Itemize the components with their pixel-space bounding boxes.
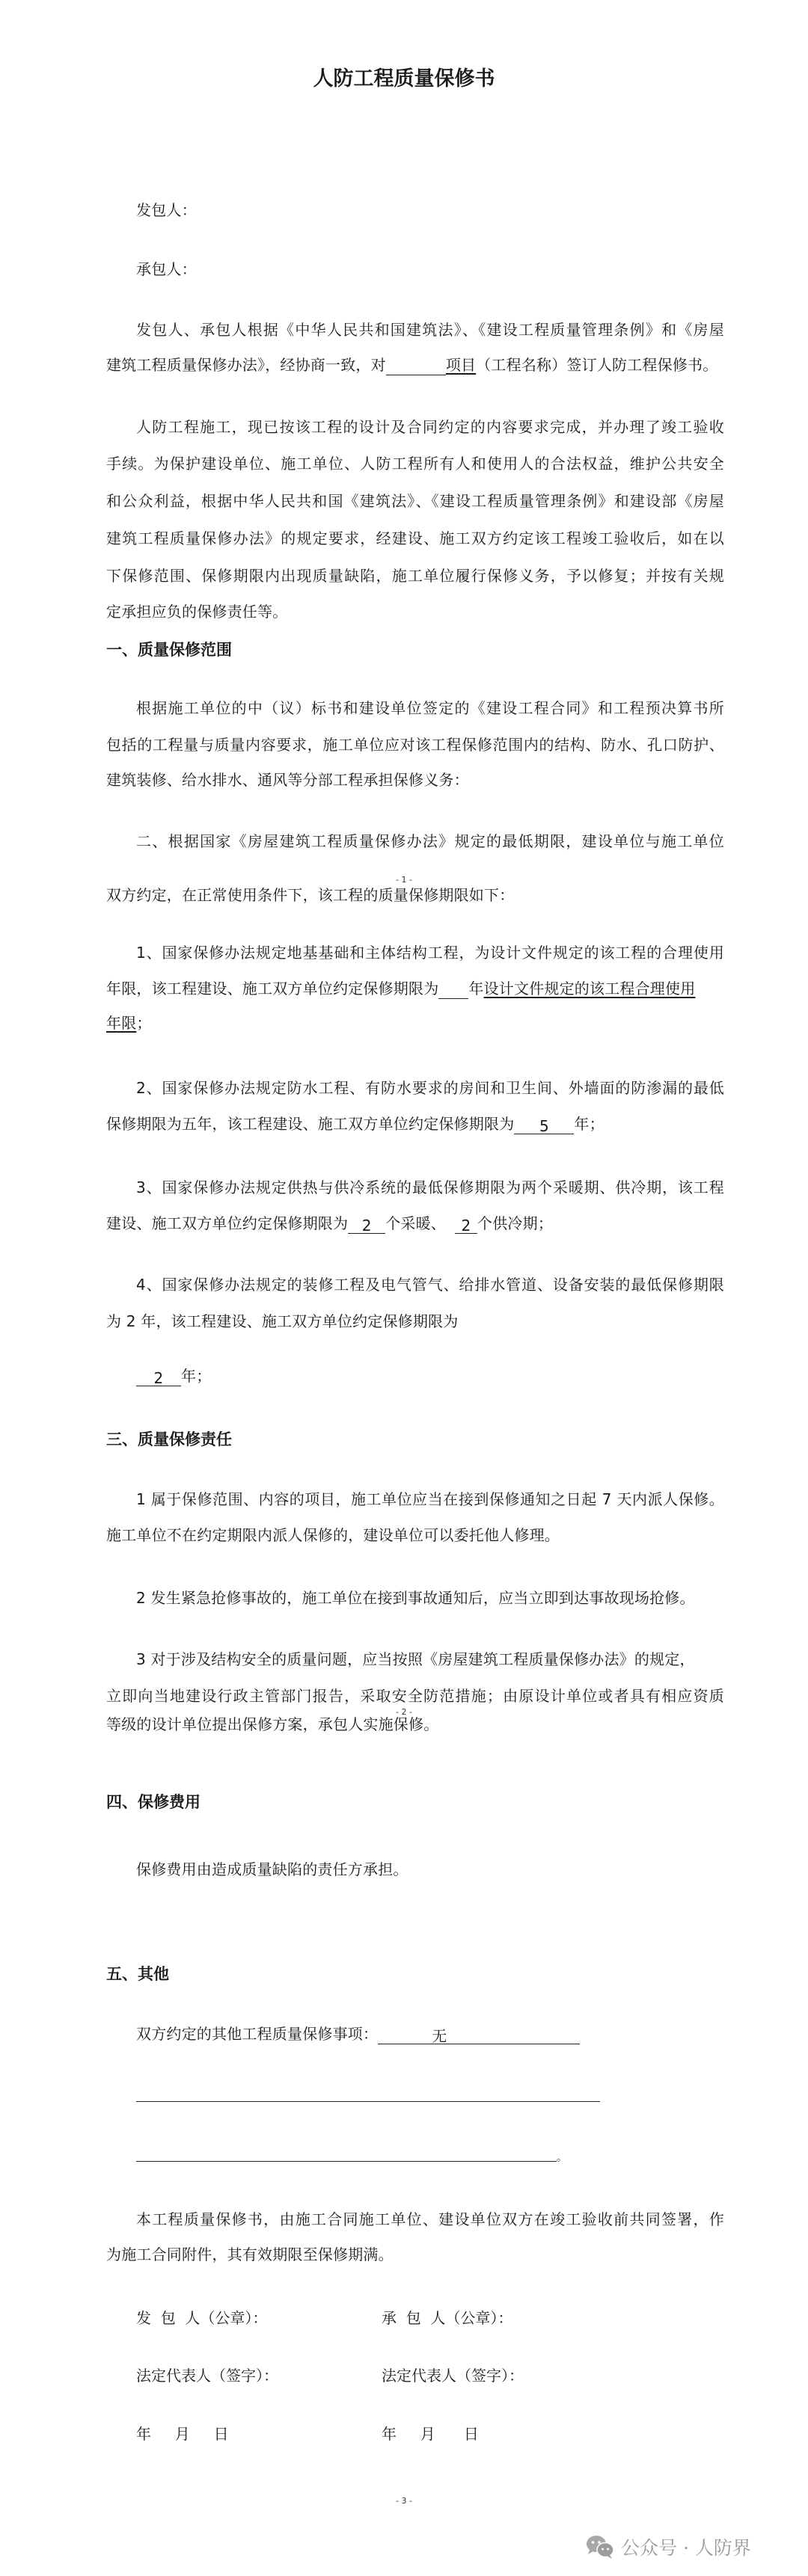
intro-line-2: 建筑工程质量保修办法》，经协商一致，对项目（工程名称）签订人防工程保修书。 [106, 354, 717, 375]
item-3-line-2-post: 个供冷期； [477, 1214, 553, 1232]
section-1-line: 包括的工程量与质量内容要求，施工单位应对该工程保修范围内的结构、防水、孔口防护、 [106, 734, 724, 755]
item-2-line-2-pre: 保修期限为五年，该工程建设、施工双方单位约定保修期限为 [106, 1115, 514, 1133]
intro-line-2-post: （工程名称）签订人防工程保修书。 [476, 356, 717, 374]
employer-date: 年 月 日 [136, 2423, 229, 2444]
watermark: 公众号 · 人防界 [585, 2533, 751, 2560]
section-3-p2: 2 发生紧急抢修事故的，施工单位在接到事故通知后，应当立即到达事故现场抢修。 [136, 1587, 695, 1608]
section-3-p3-line-2: 立即向当地建设行政主管部门报告，采取安全防范措施；由原设计单位或者具有相应资质 [106, 1685, 724, 1706]
item-4-line-1: 4、国家保修办法规定的装修工程及电气管气、给排水管道、设备安装的最低保修期限 [136, 1274, 724, 1295]
cooling-periods-field[interactable]: 2 [455, 1215, 477, 1234]
item-1-line-1: 1、国家保修办法规定地基基础和主体结构工程，为设计文件规定的该工程的合理使用 [136, 942, 724, 963]
document-title: 人防工程质量保修书 [0, 66, 808, 93]
item-1-semicolon: ； [136, 1014, 151, 1032]
section-3-p3-line-1: 3 对于涉及结构安全的质量问题，应当按照《房屋建筑工程质量保修办法》的规定， [136, 1649, 695, 1670]
other-matters-value: 无 [378, 2027, 447, 2045]
item-4-line-2: 为 2 年，该工程建设、施工双方单位约定保修期限为 [106, 1311, 458, 1332]
preamble-line: 手续。为保护建设单位、施工单位、人防工程所有人和使用人的合法权益，维护公共安全 [106, 453, 724, 474]
preamble-line: 和公众利益，根据中华人民共和国《建筑法》、《建设工程质量管理条例》和建设部《房屋 [106, 491, 724, 511]
section-4-text: 保修费用由造成质量缺陷的责任方承担。 [136, 1859, 408, 1880]
closing-line-1: 本工程质量保修书，由施工合同施工单位、建设单位双方在竣工验收前共同签署，作 [136, 2209, 724, 2230]
employer-rep-label: 法定代表人（签字）： [136, 2365, 278, 2386]
contractor-date: 年 月 日 [382, 2423, 479, 2444]
section-2-line-1: 二、根据国家《房屋建筑工程质量保修办法》规定的最低期限，建设单位与施工单位 [136, 831, 724, 852]
closing-line-2: 为施工合同附件，其有效期限至保修期满。 [106, 2244, 394, 2265]
item-3-line-2: 建设、施工双方单位约定保修期限为2个采暖、2个供冷期； [106, 1213, 553, 1234]
other-matters-rule-1[interactable] [136, 2101, 600, 2102]
intro-line-2-pre: 建筑工程质量保修办法》，经协商一致，对 [106, 356, 386, 374]
project-name-blank[interactable] [386, 357, 446, 375]
preamble-line: 定承担应负的保修责任等。 [106, 601, 287, 622]
heating-periods-field[interactable]: 2 [348, 1215, 385, 1234]
section-1-line: 根据施工单位的中（议）标书和建设单位签定的《建设工程合同》和工程预决算书所 [136, 698, 724, 719]
intro-project-word: 项目 [446, 356, 476, 374]
other-matters-line: 双方约定的其他工程质量保修事项：无 [136, 2023, 580, 2044]
section-1-line: 建筑装修、给水排水、通风等分部工程承担保修义务： [106, 769, 469, 790]
contractor-seal-label: 承 包 人（公章）： [382, 2308, 512, 2328]
contractor-label: 承包人： [136, 259, 197, 280]
item-1-line-3: 年限； [106, 1012, 152, 1033]
preamble-line: 下保修范围、保修期限内出现质量缺陷，施工单位履行保修义务，予以修复；并按有关规 [106, 565, 724, 586]
item-2-years-field[interactable]: 5 [514, 1116, 574, 1134]
item-1-year-word: 年 [468, 980, 483, 997]
item-4-line-3: 2年； [136, 1365, 211, 1386]
preamble-line: 人防工程施工，现已按该工程的设计及合同约定的内容要求完成，并办理了竣工验收 [136, 416, 724, 437]
item-1-line-2-pre: 年限，该工程建设、施工双方单位约定保修期限为 [106, 980, 438, 997]
watermark-text: 公众号 · 人防界 [621, 2533, 751, 2560]
item-3-line-2-mid: 个采暖、 [385, 1214, 446, 1232]
item-1-design-life-end: 年限 [106, 1014, 136, 1032]
item-2-line-1: 2、国家保修办法规定防水工程、有防水要求的房间和卫生间、外墙面的防渗漏的最低 [136, 1078, 724, 1098]
item-4-years-field[interactable]: 2 [136, 1368, 181, 1386]
wechat-icon [585, 2533, 615, 2560]
item-3-line-1: 3、国家保修办法规定供热与供冷系统的最低保修期限为两个采暖期、供冷期，该工程 [136, 1177, 724, 1198]
item-2-line-2: 保修期限为五年，该工程建设、施工双方单位约定保修期限为5年； [106, 1113, 605, 1134]
section-1-heading: 一、质量保修范围 [106, 639, 232, 661]
contractor-rep-label: 法定代表人（签字）： [382, 2365, 524, 2386]
other-matters-field[interactable]: 无 [378, 2026, 580, 2044]
section-3-p3-line-3: 等级的设计单位提出保修方案，承包人实施保修。 [106, 1714, 438, 1735]
section-3-p1-line-2: 施工单位不在约定期限内派人保修的，建设单位可以委托他人修理。 [106, 1525, 560, 1546]
section-2-line-2: 双方约定，在正常使用条件下，该工程的质量保修期限如下： [106, 885, 514, 906]
item-2-line-2-post: 年； [574, 1115, 604, 1133]
item-1-years-blank[interactable] [438, 980, 468, 999]
section-5-heading: 五、其他 [106, 1963, 169, 1985]
employer-seal-label: 发 包 人（公章）： [136, 2308, 267, 2328]
item-1-line-2: 年限，该工程建设、施工双方单位约定保修期限为年设计文件规定的该工程合理使用 [106, 978, 695, 999]
intro-line-1: 发包人、承包人根据《中华人民共和国建筑法》、《建设工程质量管理条例》和《房屋 [136, 319, 724, 340]
preamble-line: 建筑工程质量保修办法》的规定要求，经建设、施工双方约定该工程竣工验收后，如在以 [106, 528, 724, 549]
page-number-3: - 3 - [0, 2496, 808, 2506]
other-matters-end-mark: 。 [557, 2148, 567, 2168]
item-3-line-2-pre: 建设、施工双方单位约定保修期限为 [106, 1214, 348, 1232]
employer-label: 发包人： [136, 200, 197, 221]
other-matters-rule-2[interactable] [136, 2161, 557, 2162]
item-4-line-3-post: 年； [181, 1367, 211, 1385]
section-4-heading: 四、保修费用 [106, 1791, 201, 1813]
item-1-design-life: 设计文件规定的该工程合理使用 [484, 980, 696, 997]
page-number-1: - 1 - [0, 875, 808, 885]
section-3-p1-line-1: 1 属于保修范围、内容的项目，施工单位应当在接到保修通知之日起 7 天内派人保修… [136, 1489, 724, 1510]
section-3-heading: 三、质量保修责任 [106, 1428, 232, 1451]
other-matters-label: 双方约定的其他工程质量保修事项： [136, 2025, 378, 2043]
